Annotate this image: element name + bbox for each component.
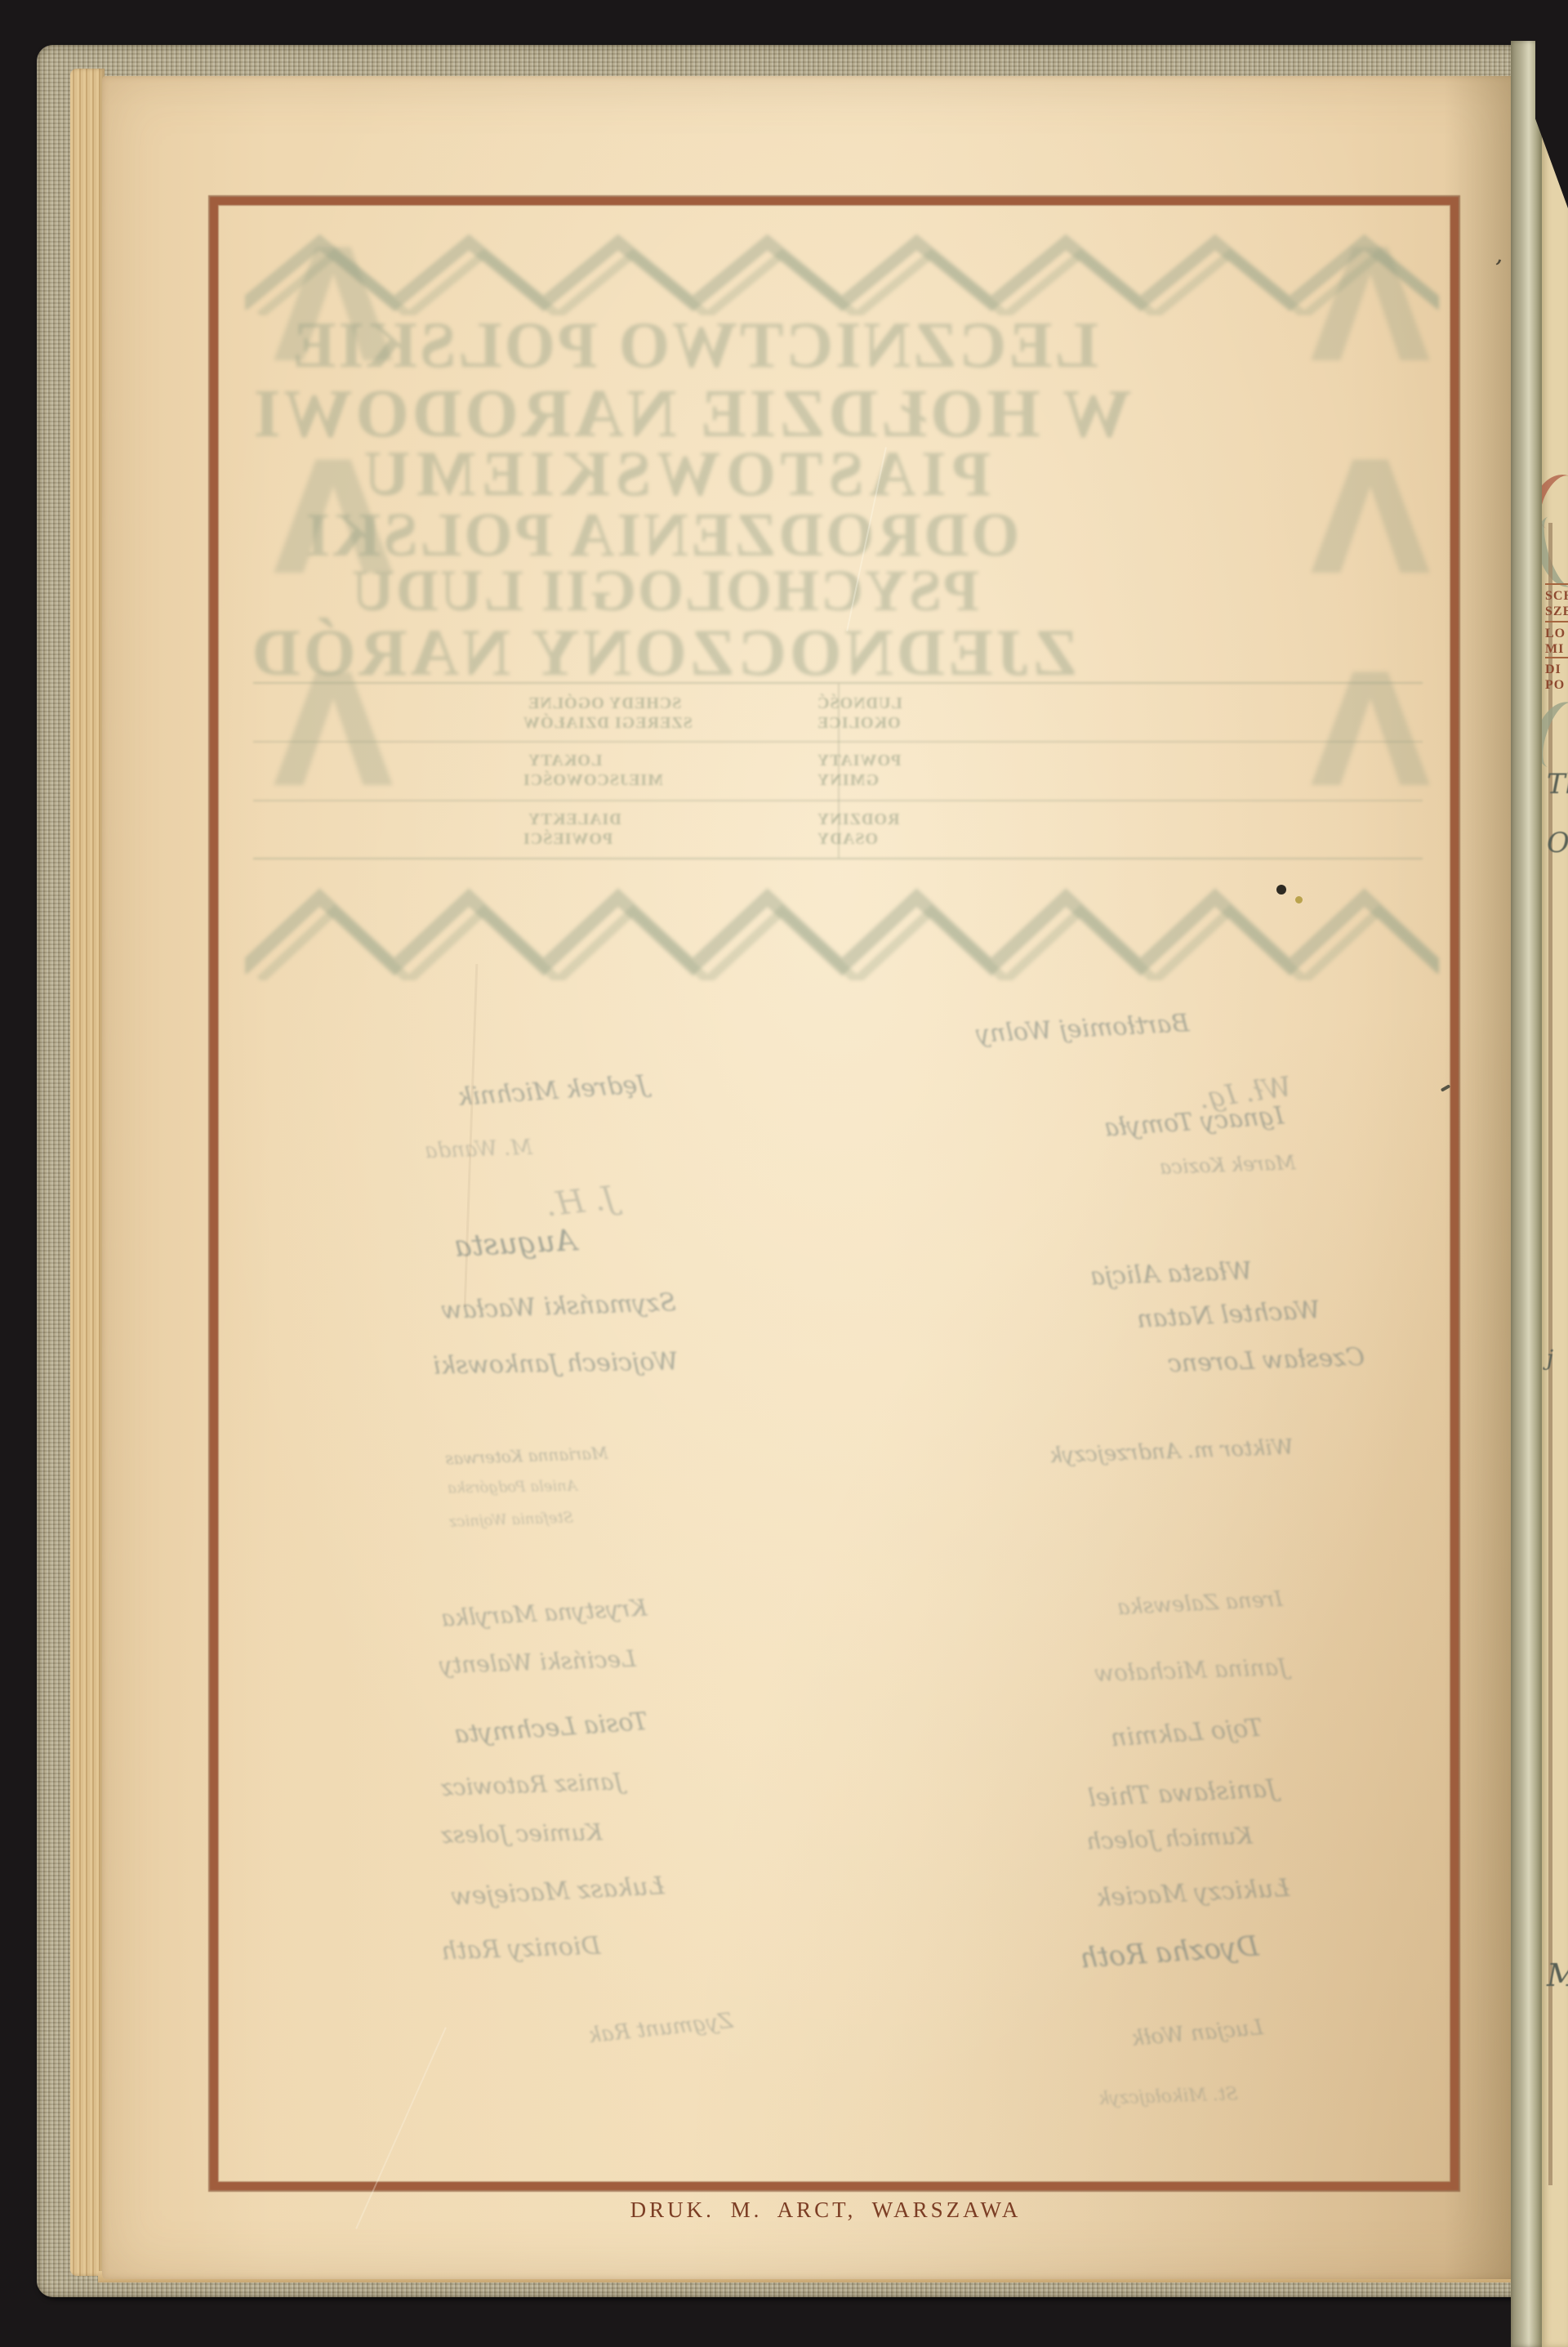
facing-page-ink-mark: M bbox=[1547, 1957, 1568, 1993]
photo-of-open-book: ΛΛΛΛΛΛ LECZNICTWO POLSKIEW HOŁDZIE NAROD… bbox=[0, 0, 1568, 2347]
facing-page-ink-mark: Ob bbox=[1547, 827, 1568, 859]
facing-page-green-ornament bbox=[1542, 510, 1568, 593]
facing-page-row-letter: MI bbox=[1545, 641, 1568, 657]
facing-page-green-ornament bbox=[1542, 695, 1568, 775]
page-edge-stack-left bbox=[70, 69, 105, 2276]
printer-imprint: DRUK. M. ARCT, WARSZAWA bbox=[630, 2198, 1022, 2223]
facing-page-ink-mark: j bbox=[1547, 1346, 1553, 1371]
facing-page-row-letter: SZE bbox=[1545, 604, 1568, 619]
facing-page-sliver: SCHSZELOMIDIPO TlObjM bbox=[1542, 114, 1568, 2347]
printed-rule-frame bbox=[210, 197, 1459, 2190]
ink-spot bbox=[1276, 885, 1286, 895]
gutter-shadow bbox=[1444, 76, 1517, 2279]
stain-spot bbox=[1295, 896, 1303, 904]
facing-page-row-letters: LOMI bbox=[1545, 626, 1568, 657]
gutter-strip bbox=[1511, 41, 1542, 2347]
facing-page-row-letters: SCHSZE bbox=[1545, 588, 1568, 619]
facing-page-row-letter: LO bbox=[1545, 626, 1568, 641]
facing-page-row-letter: SCH bbox=[1545, 588, 1568, 604]
facing-page-row-letter: PO bbox=[1545, 677, 1568, 693]
facing-page-ink-mark: Tl bbox=[1547, 768, 1568, 801]
facing-page-row-letters: DIPO bbox=[1545, 662, 1568, 693]
facing-page-row-letter: DI bbox=[1545, 662, 1568, 677]
